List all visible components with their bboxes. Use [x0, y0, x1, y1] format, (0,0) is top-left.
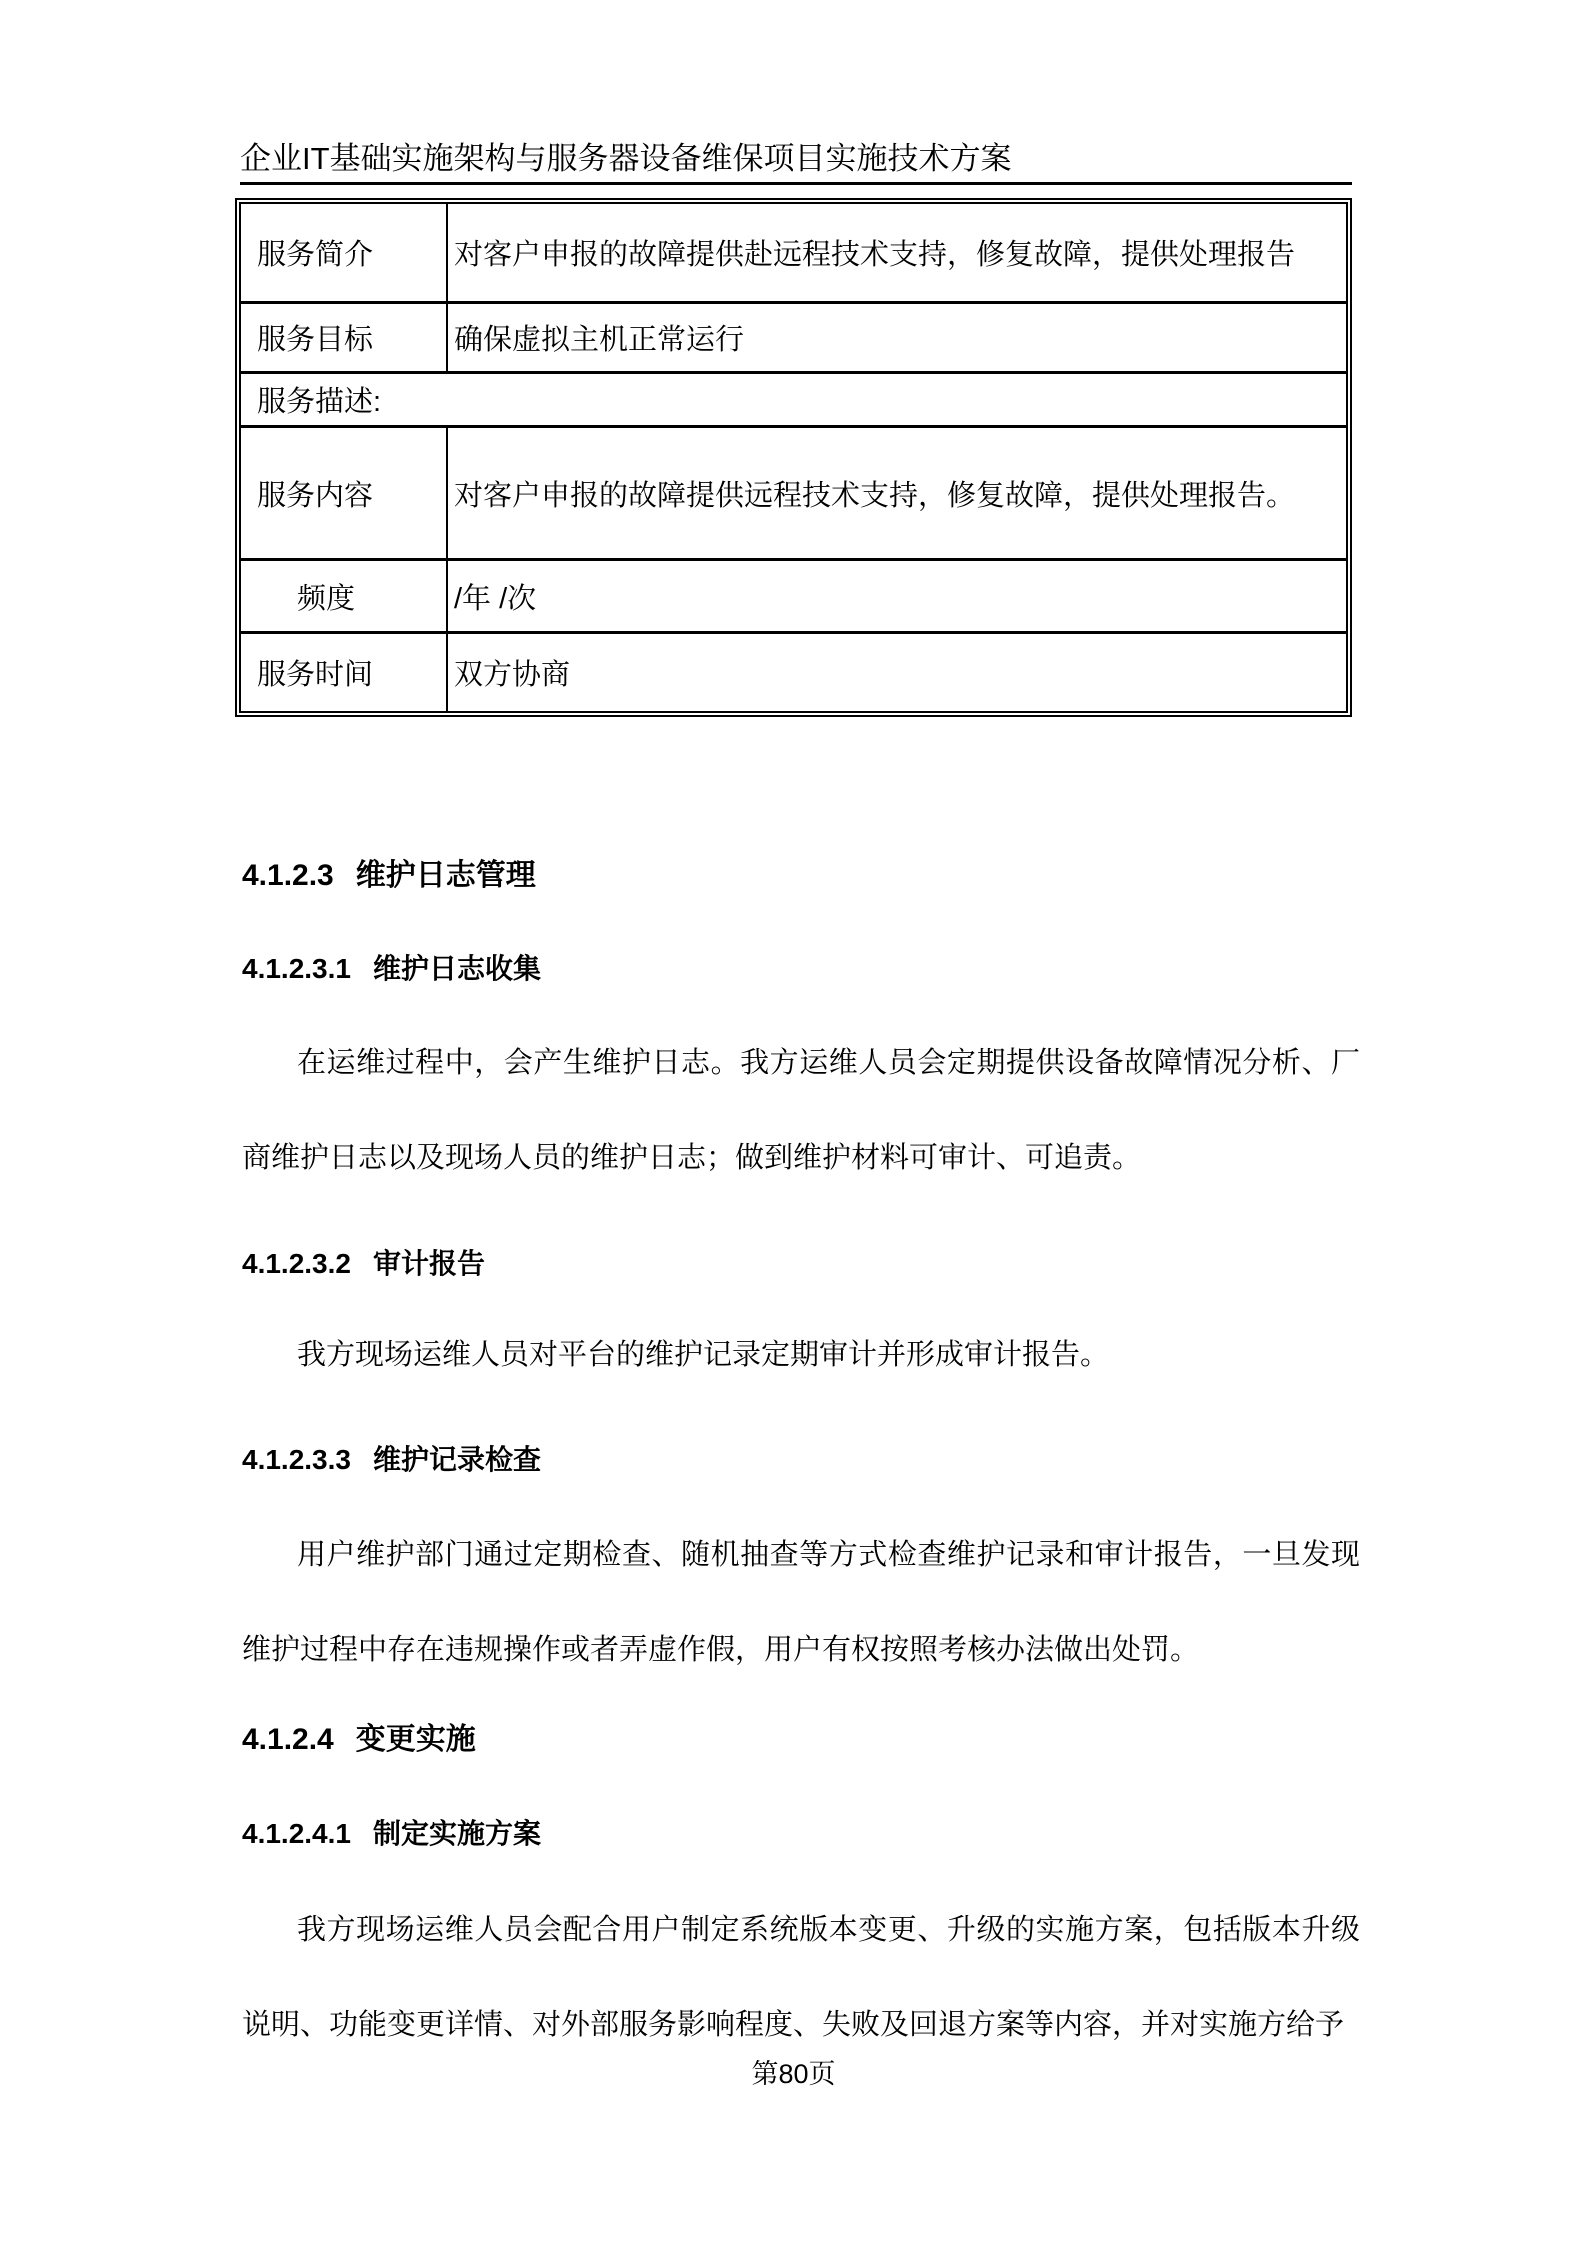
section-heading-4-1-2-4-1: 4.1.2.4.1制定实施方案: [242, 1812, 541, 1852]
paragraph-implementation-plan: 我方现场运维人员会配合用户制定系统版本变更、升级的实施方案，包括版本升级说明、功…: [242, 1883, 1360, 2073]
heading-number: 4.1.2.3: [242, 859, 334, 892]
heading-title: 制定实施方案: [373, 1818, 541, 1849]
document-header-title: 企业IT基础实施架构与服务器设备维保项目实施技术方案: [240, 140, 1352, 185]
heading-title: 维护日志收集: [373, 953, 541, 984]
paragraph-log-collect: 在运维过程中，会产生维护日志。我方运维人员会定期提供设备故障情况分析、厂商维护日…: [242, 1016, 1360, 1206]
heading-title: 审计报告: [373, 1248, 485, 1279]
table-row-label: 服务目标: [241, 304, 448, 371]
page-number: 第80页: [0, 2052, 1587, 2091]
section-heading-4-1-2-3: 4.1.2.3维护日志管理: [242, 850, 536, 894]
table-row-label: 服务内容: [241, 428, 448, 558]
table-row-value: 对客户申报的故障提供赴远程技术支持，修复故障，提供处理报告: [448, 204, 1346, 301]
heading-title: 变更实施: [356, 1723, 476, 1756]
paragraph-audit-report: 我方现场运维人员对平台的维护记录定期审计并形成审计报告。: [242, 1308, 1360, 1403]
heading-number: 4.1.2.3.1: [242, 953, 351, 984]
table-row-value: /年 /次: [448, 561, 1346, 631]
document-page: 企业IT基础实施架构与服务器设备维保项目实施技术方案 服务简介 对客户申报的故障…: [0, 0, 1587, 2245]
section-heading-4-1-2-4: 4.1.2.4变更实施: [242, 1714, 476, 1758]
table-row-label: 服务时间: [241, 634, 448, 711]
table-row-label: 频度: [241, 561, 448, 631]
table-row-value: 对客户申报的故障提供远程技术支持，修复故障，提供处理报告。: [448, 428, 1346, 558]
heading-number: 4.1.2.3.3: [242, 1444, 351, 1475]
table-row-value: 确保虚拟主机正常运行: [448, 304, 1346, 371]
paragraph-record-check: 用户维护部门通过定期检查、随机抽查等方式检查维护记录和审计报告，一旦发现维护过程…: [242, 1508, 1360, 1698]
table-row: 服务描述:: [241, 374, 1346, 428]
table-row-value: 双方协商: [448, 634, 1346, 711]
service-table: 服务简介 对客户申报的故障提供赴远程技术支持，修复故障，提供处理报告 服务目标 …: [235, 198, 1352, 717]
table-row: 服务简介 对客户申报的故障提供赴远程技术支持，修复故障，提供处理报告: [241, 204, 1346, 304]
section-heading-4-1-2-3-2: 4.1.2.3.2审计报告: [242, 1242, 485, 1282]
table-row-label: 服务简介: [241, 204, 448, 301]
heading-number: 4.1.2.3.2: [242, 1248, 351, 1279]
heading-title: 维护日志管理: [356, 859, 536, 892]
table-row-label: 服务描述:: [241, 374, 1346, 425]
table-row: 服务目标 确保虚拟主机正常运行: [241, 304, 1346, 374]
heading-number: 4.1.2.4.1: [242, 1818, 351, 1849]
table-row: 服务时间 双方协商: [241, 634, 1346, 711]
section-heading-4-1-2-3-3: 4.1.2.3.3维护记录检查: [242, 1438, 541, 1478]
table-row: 服务内容 对客户申报的故障提供远程技术支持，修复故障，提供处理报告。: [241, 428, 1346, 561]
heading-title: 维护记录检查: [373, 1444, 541, 1475]
table-row: 频度 /年 /次: [241, 561, 1346, 634]
heading-number: 4.1.2.4: [242, 1723, 334, 1756]
section-heading-4-1-2-3-1: 4.1.2.3.1维护日志收集: [242, 947, 541, 987]
